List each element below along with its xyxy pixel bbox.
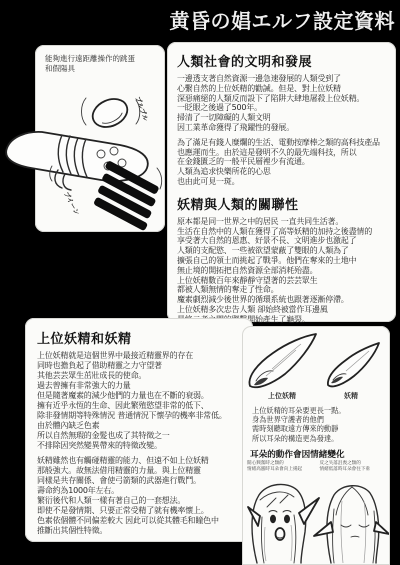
sad-elf-face-icon bbox=[314, 486, 389, 563]
elf-ear-label: 妖精 bbox=[344, 391, 358, 401]
elves-paragraph-1: 上位妖精就是這個世界中最接近精靈界的存在同時也擔負起了借助精靈之力守望著其他芸芸… bbox=[37, 351, 241, 451]
ear-notes-panel: 上位妖精 妖精 上位妖精的耳朵要更長一點。身為世界守護者的他們需時刻聽取遠方傳來… bbox=[242, 326, 390, 565]
elves-paragraph-2: 妖精雖然也有觸碰精靈的能力、但遠不如上位妖精那般強大。故無法借用精靈的力量。與上… bbox=[37, 456, 241, 536]
section-heading-civilization: 人類社會的文明和發展 bbox=[177, 51, 386, 70]
elves-panel: 上位妖精和妖精 上位妖精就是這個世界中最接近精靈界的存在同時也擔負起了借助精靈之… bbox=[25, 318, 253, 542]
civilization-panel: 人類社會的文明和發展 一邊透支著自然資源一邊急速發展的人類受到了心繫自然的上位妖… bbox=[167, 42, 396, 322]
civilization-paragraph-2: 為了滿足有錢人糜爛的生活、電動按摩棒之類的高科技產品也應運而生。由於這是發明不久… bbox=[177, 138, 386, 187]
ear-emotion-notes: 開心興奮時之類的情緒高漲時耳朵會向上揚起 反之失落沮喪之類的情緒低落時耳朵會往下… bbox=[247, 461, 387, 473]
relation-paragraph: 原本都是同一世界之中的居民 一直共同生活著。生活在自然中的人類在獲得了高等妖精的… bbox=[177, 217, 386, 325]
page-title: 黄昏の娼エルフ設定資料 bbox=[170, 5, 396, 34]
elf-expression-sketch-icon bbox=[243, 477, 389, 565]
ear-emotion-note-left: 開心興奮時之類的情緒高漲時耳朵會向上揚起 bbox=[247, 461, 315, 473]
device-caption: 能夠進行遠距離操作的跳蛋和假陽具 bbox=[35, 45, 165, 73]
ear-comparison-sketch-icon bbox=[242, 330, 390, 392]
ear-description: 上位妖精的耳朵要更長一點。身為世界守護者的他們需時刻聽取遠方傳來的動靜所以耳朵的… bbox=[252, 406, 386, 443]
happy-elf-face-icon bbox=[248, 484, 319, 563]
ear-emotion-heading: 耳朵的動作會因情緒變化 bbox=[250, 448, 345, 460]
ear-emotion-note-right: 反之失落沮喪之類的情緒低落時耳朵會往下垂 bbox=[320, 461, 388, 473]
document-page: 黄昏の娼エルフ設定資料 能夠進行遠距離操作的跳蛋和假陽具 bbox=[0, 0, 400, 565]
section-heading-relation: 妖精與人類的關聯性 bbox=[177, 194, 386, 213]
civilization-paragraph-1: 一邊透支著自然資源一邊急速發展的人類受到了心繫自然的上位妖精的勸誡。但是、對上位… bbox=[177, 74, 386, 133]
egg-vibrator-icon bbox=[88, 94, 131, 132]
section-heading-elves: 上位妖精和妖精 bbox=[37, 328, 241, 347]
high-elf-ear-label: 上位妖精 bbox=[268, 391, 296, 401]
